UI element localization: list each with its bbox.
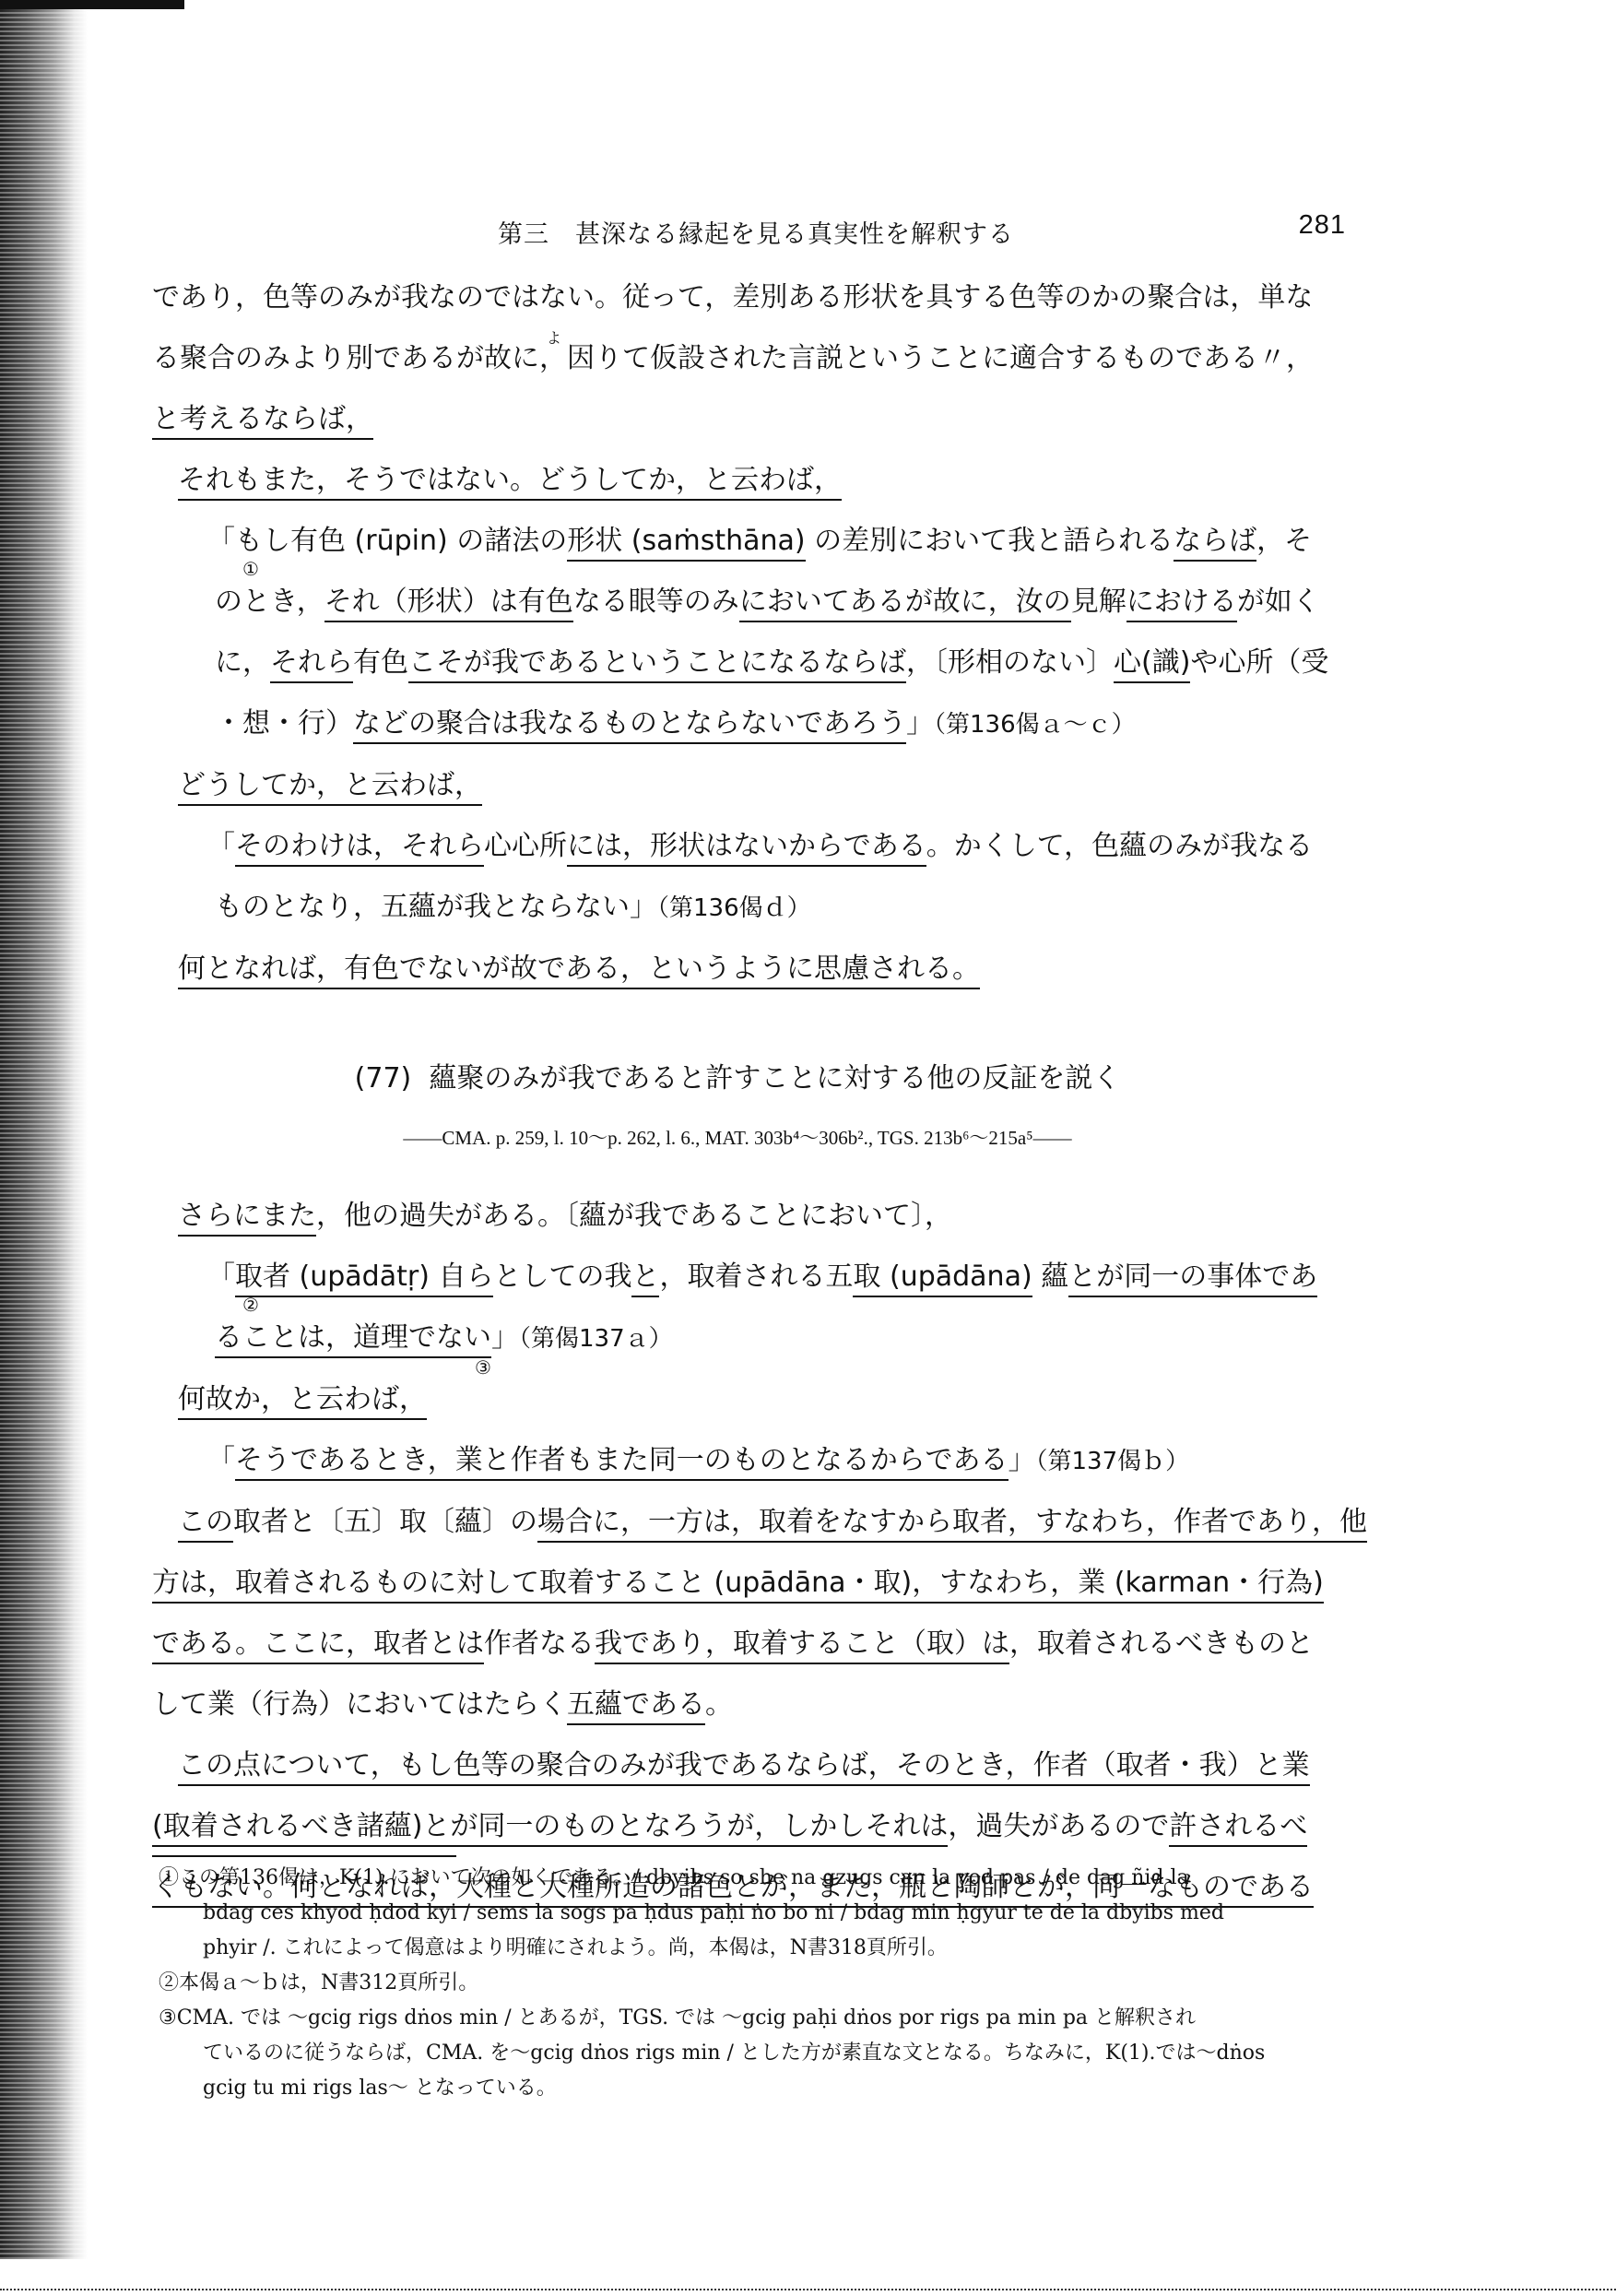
verse-reference: （第136偈ａ～ｃ） xyxy=(934,711,1136,739)
underlined-text: においてあるが故に，汝の xyxy=(739,586,1071,622)
underlined-text: 許されるべ xyxy=(1169,1810,1307,1847)
text-span: ，他の過失がある。〔蘊が我であることにおいて〕， xyxy=(316,1200,952,1232)
footnote-line: gcig tu mi rigs las～ となっている。 xyxy=(159,2071,1366,2106)
text-line: して業（行為）においてはたらく五蘊である。 xyxy=(152,1675,1360,1735)
underlined-text: 何故か，と云わば， xyxy=(178,1383,427,1420)
footnote-line: ているのに従うならば，CMA. を～gcig dṅos rigs min / と… xyxy=(159,2036,1366,2071)
text-span: 有色 xyxy=(353,646,408,679)
text-line: のとき，それ（形状）は有色なる眼等のみにおいてあるが故に，汝の見解におけるが如く xyxy=(152,572,1360,633)
footnote-2: ②本偈ａ～ｂは，N書312頁所引。 xyxy=(159,1966,1366,2001)
scan-bottom-artifact xyxy=(0,2289,1616,2296)
text-span: 作者なる xyxy=(484,1627,595,1660)
verse-reference: （第偈137ａ） xyxy=(519,1325,673,1353)
text-span: ものとなり，五蘊が我とならない」 xyxy=(215,891,657,923)
text-line: (取着されるべき諸蘊)とが同一のものとなろうが，しかしそれは，過失があるので許さ… xyxy=(152,1796,1360,1857)
text-line: に，それら有色こそが我であるということになるならば，〔形相のない〕心(識)や心所… xyxy=(152,633,1360,693)
underlined-text: と考えるならば， xyxy=(152,403,373,440)
footnote-line: ②本偈ａ～ｂは，N書312頁所引。 xyxy=(159,1966,1366,2001)
paragraph-6: 何故か，と云わば， xyxy=(152,1369,1360,1430)
underlined-text: 取 (upādāna) xyxy=(853,1260,1032,1297)
verse-136-d: 「そのわけは，それら心心所には，形状はないからである。かくして，色蘊のみが我なる… xyxy=(152,816,1360,939)
scan-top-artifact xyxy=(0,0,184,9)
footnote-divider xyxy=(152,1855,456,1857)
underlined-text: 五蘊である xyxy=(567,1688,705,1725)
verse-reference: （第136偈ｄ） xyxy=(657,894,811,922)
text-line: 「そのわけは，それら心心所には，形状はないからである。かくして，色蘊のみが我なる xyxy=(152,816,1360,877)
quote-open: 「 xyxy=(207,525,235,557)
verse-136-abc: 「もし有色 (rūpin) の諸法の形状 (saṁsthāna) の差別において… xyxy=(152,511,1360,755)
text-span: 。 xyxy=(705,1688,733,1721)
verse-reference: （第137偈ｂ） xyxy=(1036,1448,1190,1475)
paragraph-7: この取者と〔五〕取〔蘊〕の場合に，一方は，取着をなすから取者，すなわち，作者であ… xyxy=(152,1492,1360,1735)
underlined-text: この xyxy=(178,1506,233,1543)
text-span: して業（行為）においてはたらく xyxy=(152,1688,567,1721)
text-span: ，過失があるので xyxy=(948,1810,1169,1842)
text-span: 蘊 xyxy=(1032,1260,1069,1293)
section-heading: (77) 蘊聚のみが我であると許すことに対する他の反証を説く xyxy=(152,1051,1360,1107)
underlined-text: などの聚合は我なるものとならないであろう xyxy=(353,707,906,744)
text-span: ，〔形相のない〕 xyxy=(906,646,1114,679)
underlined-text: それもまた，そうではない。どうしてか，と云わば， xyxy=(178,464,842,501)
underlined-text: ならば xyxy=(1174,525,1256,562)
text-span: の差別において我と語られる xyxy=(806,525,1174,557)
text-line: 「もし有色 (rūpin) の諸法の形状 (saṁsthāna) の差別において… xyxy=(152,511,1360,572)
underlined-text: 取者 (upādātṛ) 自ら xyxy=(235,1260,493,1297)
verse-137-b: 「そうであるとき，業と作者もまた同一のものとなるからである」（第137偈ｂ） xyxy=(152,1430,1360,1492)
text-line: と考えるならば， xyxy=(152,389,1360,450)
underlined-text: には，形状はないからである xyxy=(567,830,926,867)
quote-close: 」 xyxy=(906,707,934,740)
paragraph-3: どうしてか，と云わば， xyxy=(152,755,1360,816)
verse-137-a: 「取者 (upādātṛ) 自らとしての我と，取着される五取 (upādāna)… xyxy=(152,1247,1360,1369)
text-span: 心心所 xyxy=(484,830,567,862)
text-span: や心所（受 xyxy=(1190,646,1328,679)
page-number: 281 xyxy=(1299,210,1346,241)
quote-open: 「 xyxy=(207,1260,235,1293)
text-span: ・想・行） xyxy=(215,707,353,740)
underlined-text: この点について，もし色等の聚合のみが我であるならば，そのとき，作者（取者・我）と… xyxy=(178,1749,1310,1786)
text-line: 「取者 (upādātṛ) 自らとしての我と，取着される五取 (upādāna)… xyxy=(152,1247,1360,1308)
paragraph-1: であり，色等のみが我なのではない。従って，差別ある形状を具する色等のかの聚合は，… xyxy=(152,267,1360,450)
text-span: 。かくして，色蘊のみが我なる xyxy=(926,830,1313,862)
underlined-text: そうであるとき，業と作者もまた同一のものとなるからである xyxy=(235,1444,1009,1481)
text-span: もし有色 (rūpin) の諸法の xyxy=(235,525,567,557)
paragraph-5: さらにまた，他の過失がある。〔蘊が我であることにおいて〕， xyxy=(152,1186,1360,1247)
underlined-text: 何となれば，有色でないが故である，というように思慮される。 xyxy=(178,953,980,989)
text-span: が如く xyxy=(1237,586,1320,618)
quote-close: 」 xyxy=(491,1321,519,1354)
quote-close: 」 xyxy=(1009,1444,1036,1476)
paragraph-2: それもまた，そうではない。どうしてか，と云わば， xyxy=(152,450,1360,511)
section-number: (77) xyxy=(355,1062,412,1095)
text-span: のとき， xyxy=(215,586,324,618)
text-span: に， xyxy=(215,646,270,679)
text-span: 見解 xyxy=(1071,586,1126,618)
section-title: 蘊聚のみが我であると許すことに対する他の反証を説く xyxy=(429,1062,1120,1095)
text-span: ，取着される五 xyxy=(659,1260,853,1293)
text-span: なる眼等のみ xyxy=(573,586,739,618)
underlined-text: 方は，取着されるものに対して取着すること (upādāna・取)，すなわち，業 … xyxy=(152,1567,1324,1604)
text-line: この点について，もし色等の聚合のみが我であるならば，そのとき，作者（取者・我）と… xyxy=(152,1735,1360,1796)
footnote-line: bdag ces khyod ḥdod kyi / sems la sogs p… xyxy=(159,1896,1366,1931)
underlined-text: である。ここに，取者とは xyxy=(152,1627,484,1664)
paragraph-4: 何となれば，有色でないが故である，というように思慮される。 xyxy=(152,939,1360,1000)
underlined-text: (取着されるべき諸蘊)とが同一のものとなろうが，しかしそれは xyxy=(152,1810,948,1847)
underlined-text: それ（形状）は有色 xyxy=(324,586,573,622)
ruby-annotation: よ xyxy=(547,308,561,369)
footnote-line: phyir /. これによって偈意はより明確にされよう。尚，本偈は，N書318頁… xyxy=(159,1931,1366,1966)
underlined-text: とが同一の事体であ xyxy=(1068,1260,1317,1297)
text-line: ることは，道理でない」（第偈137ａ） ③ xyxy=(152,1308,1360,1369)
text-span: としての我 xyxy=(493,1260,631,1293)
underlined-text: 形状 (saṁsthāna) xyxy=(567,525,805,562)
text-line: る聚合のみより別であるが故に，因りて仮設された言説ということに適合するものである… xyxy=(152,328,1360,389)
running-header: 第三 甚深なる縁起を見る真実性を解釈する 281 xyxy=(147,214,1346,251)
text-line: ・想・行）などの聚合は我なるものとならないであろう」（第136偈ａ～ｃ） xyxy=(152,693,1360,755)
text-line: である。ここに，取者とは作者なる我であり，取着すること（取）は，取着されるべきも… xyxy=(152,1614,1360,1675)
text-line: この取者と〔五〕取〔蘊〕の場合に，一方は，取着をなすから取者，すなわち，作者であ… xyxy=(152,1492,1360,1553)
underlined-text: 我であり，取着すること（取）は xyxy=(595,1627,1009,1664)
underlined-text: 場合に，一方は，取着をなすから取者，すなわち，作者であり，他 xyxy=(537,1506,1367,1543)
underlined-text: における xyxy=(1126,586,1237,622)
footnote-1: ①この第136偈は，K(1).において次の如くである。/ dbyibs so s… xyxy=(159,1861,1366,1966)
footnote-3: ③CMA. では ～gcig rigs dṅos min / とあるが，TGS.… xyxy=(159,2001,1366,2106)
underlined-text: さらにまた xyxy=(178,1200,316,1237)
section-source-reference: ——CMA. p. 259, l. 10～p. 262, l. 6., MAT.… xyxy=(152,1118,1360,1158)
running-header-title: 第三 甚深なる縁起を見る真実性を解釈する xyxy=(498,214,1014,250)
underlined-text: 心(識) xyxy=(1114,646,1190,683)
quote-open: 「 xyxy=(207,830,235,862)
underlined-text: と xyxy=(631,1260,659,1297)
text-span: 取者と〔五〕取〔蘊〕の xyxy=(233,1506,537,1538)
body-text: であり，色等のみが我なのではない。従って，差別ある形状を具する色等のかの聚合は，… xyxy=(152,267,1360,1918)
underlined-text: それら xyxy=(270,646,353,683)
text-line: ものとなり，五蘊が我とならない」（第136偈ｄ） xyxy=(152,877,1360,939)
quote-open: 「 xyxy=(207,1444,235,1476)
footnote-line: ③CMA. では ～gcig rigs dṅos min / とあるが，TGS.… xyxy=(159,2001,1366,2036)
text-line: 方は，取着されるものに対して取着すること (upādāna・取)，すなわち，業 … xyxy=(152,1553,1360,1614)
text-span: る聚合のみより別であるが故に，因りて仮設された言説ということに適合するものである… xyxy=(152,342,1314,374)
footnote-line: ①この第136偈は，K(1).において次の如くである。/ dbyibs so s… xyxy=(159,1861,1366,1896)
underlined-text: どうしてか，と云わば， xyxy=(178,769,482,806)
text-span: ，そ xyxy=(1256,525,1312,557)
underlined-text: そのわけは，それら xyxy=(235,830,484,867)
underlined-text: こそが我であるということになるならば xyxy=(408,646,906,683)
text-span: ，取着されるべきものと xyxy=(1009,1627,1314,1660)
footnotes: ①この第136偈は，K(1).において次の如くである。/ dbyibs so s… xyxy=(159,1861,1366,2106)
text-line: であり，色等のみが我なのではない。従って，差別ある形状を具する色等のかの聚合は，… xyxy=(152,267,1360,328)
scan-shadow-edge xyxy=(0,0,88,2259)
underlined-text: ることは，道理でない xyxy=(215,1321,491,1358)
